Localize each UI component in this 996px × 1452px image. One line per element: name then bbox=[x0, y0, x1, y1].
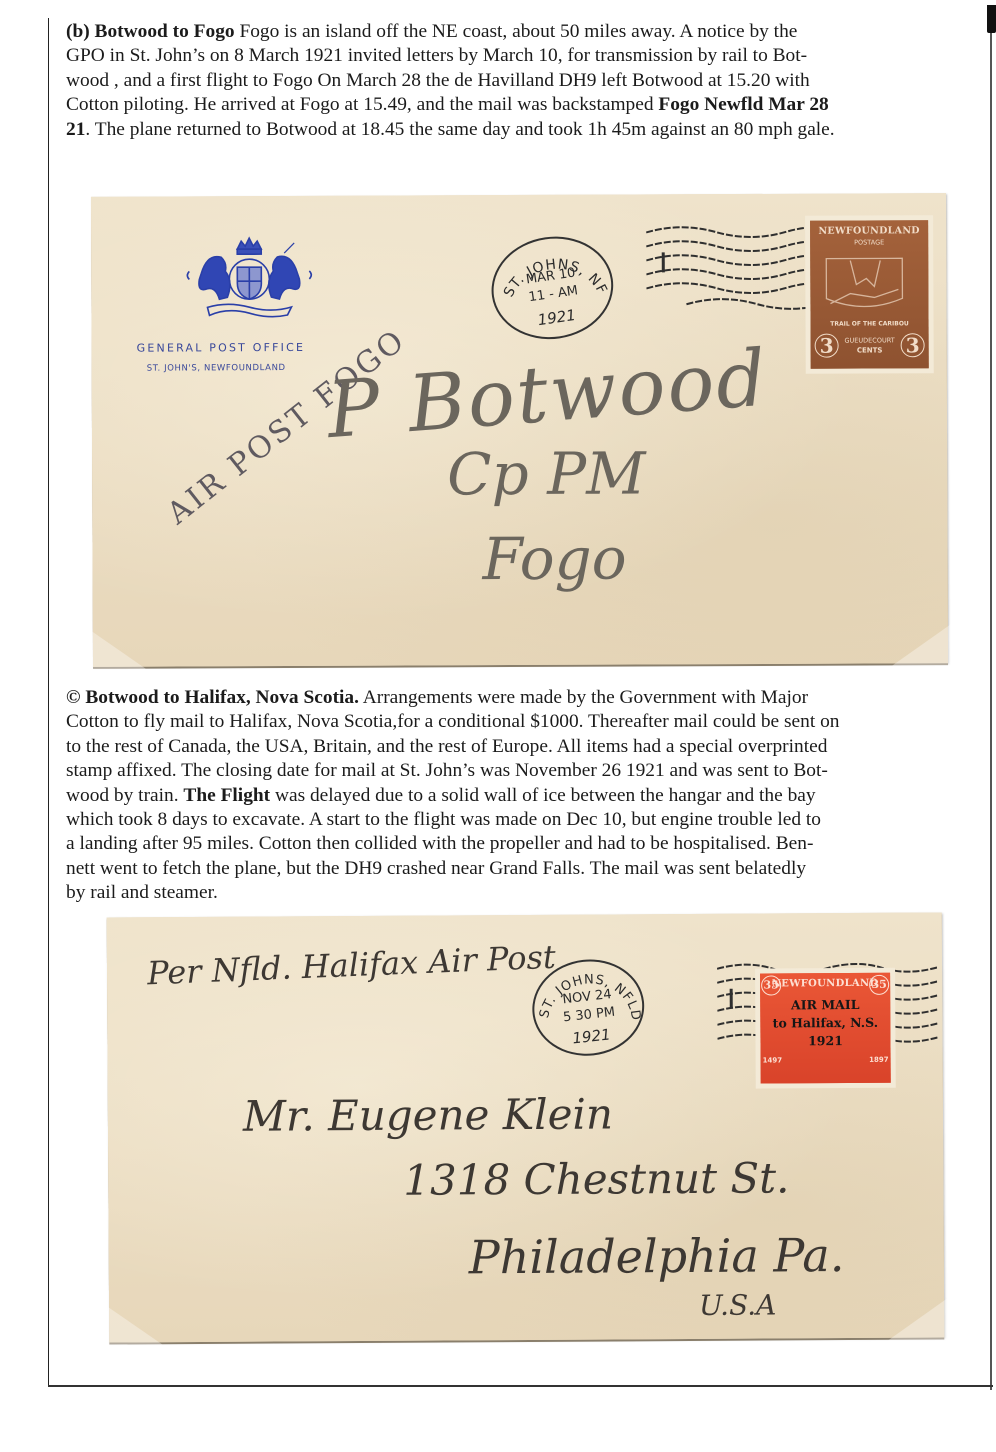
stamp-subtitle: POSTAGE bbox=[810, 238, 928, 247]
section-c-text-run: was delayed due to a solid wall of ice b… bbox=[270, 785, 815, 806]
overprint-line-2: to Halifax, N.S. bbox=[760, 1015, 890, 1031]
stamp-place: GUEUDECOURT bbox=[811, 336, 929, 345]
overprint-line-3: 1921 bbox=[760, 1033, 890, 1049]
section-b-line-2: GPO in St. John’s on 8 March 1921 invite… bbox=[66, 44, 981, 68]
section-c-text-run: wood by train. bbox=[66, 785, 183, 806]
stamp-value-left: 35 bbox=[761, 975, 781, 995]
section-b-text-run: Fogo is an island off the NE coast, abou… bbox=[235, 21, 798, 42]
mount-corner bbox=[87, 607, 157, 677]
stamp-3-cents-caribou: NEWFOUNDLAND POSTAGE TRAIL OF THE CARIBO… bbox=[805, 215, 934, 374]
cover-halifax-air-post: Per Nfld. Halifax Air Post ST. JOHNS, NF… bbox=[107, 912, 945, 1342]
section-b-line-3: wood , and a first flight to Fogo On Mar… bbox=[66, 69, 981, 93]
stamp-year-right: 1897 bbox=[869, 1056, 889, 1064]
section-c-line-1: © Botwood to Halifax, Nova Scotia. Arran… bbox=[66, 686, 981, 710]
route-note: Per Nfld. Halifax Air Post bbox=[146, 938, 556, 993]
stamp-design: NEWFOUNDLAND POSTAGE TRAIL OF THE CARIBO… bbox=[810, 220, 929, 369]
section-c-text: © Botwood to Halifax, Nova Scotia. Arran… bbox=[66, 686, 981, 906]
stamp-unit: CENTS bbox=[811, 346, 929, 355]
mount-corner bbox=[103, 1282, 173, 1352]
stamp-design: NEWFOUNDLAND 35 35 AIR MAIL to Halifax, … bbox=[760, 973, 891, 1084]
backstamp-text: Fogo Newfld Mar 28 bbox=[658, 94, 828, 115]
section-c-text-run: Arrangements were made by the Government… bbox=[359, 687, 808, 708]
section-b-text-run: . The plane returned to Botwood at 18.45… bbox=[85, 119, 834, 140]
section-c-line-3: to the rest of Canada, the USA, Britain,… bbox=[66, 735, 981, 759]
recipient-city: Philadelphia Pa. bbox=[469, 1228, 845, 1284]
section-b-heading: (b) Botwood to Fogo bbox=[66, 21, 235, 42]
backstamp-year: 21 bbox=[66, 119, 85, 140]
mount-corner bbox=[884, 601, 954, 671]
section-c-line-4: stamp affixed. The closing date for mail… bbox=[66, 759, 981, 783]
section-c-line-5: wood by train. The Flight was delayed du… bbox=[66, 784, 981, 808]
section-b-line-4: Cotton piloting. He arrived at Fogo at 1… bbox=[66, 93, 981, 117]
recipient-country: U.S.A bbox=[699, 1288, 776, 1321]
section-b-line-5: 21. The plane returned to Botwood at 18.… bbox=[66, 118, 981, 142]
stamp-35-cents-air-mail-overprint: NEWFOUNDLAND 35 35 AIR MAIL to Halifax, … bbox=[755, 968, 896, 1089]
section-c-line-6: which took 8 days to excavate. A start t… bbox=[66, 808, 981, 832]
letterhead-subtitle: ST. JOHN'S, NEWFOUNDLAND bbox=[147, 363, 286, 374]
caribou-emblem-icon bbox=[820, 248, 908, 310]
section-c-line-7: a landing after 95 miles. Cotton then co… bbox=[66, 832, 981, 856]
address-line-2: Cp PM bbox=[447, 439, 646, 508]
recipient-name: Mr. Eugene Klein bbox=[243, 1089, 613, 1140]
cover-botwood-fogo: GENERAL POST OFFICE ST. JOHN'S, NEWFOUND… bbox=[91, 193, 948, 667]
stamp-caption: TRAIL OF THE CARIBOU bbox=[811, 320, 929, 328]
royal-coat-of-arms-icon bbox=[179, 231, 319, 327]
page-frame-left bbox=[48, 18, 49, 1386]
the-flight-heading: The Flight bbox=[183, 785, 270, 806]
section-c-line-2: Cotton to fly mail to Halifax, Nova Scot… bbox=[66, 710, 981, 734]
mount-corner bbox=[880, 1275, 950, 1345]
stamp-country: NEWFOUNDLAND bbox=[810, 225, 928, 237]
section-b-line-1: (b) Botwood to Fogo Fogo is an island of… bbox=[66, 20, 981, 44]
section-c-line-8: nett went to fetch the plane, but the DH… bbox=[66, 857, 981, 881]
postmark-st-johns: ST. JOHNS, NFLD NOV 24 5 30 PM 1921 bbox=[527, 954, 649, 1062]
stamp-year-left: 1497 bbox=[763, 1056, 783, 1064]
recipient-street: 1318 Chestnut St. bbox=[403, 1153, 789, 1204]
section-c-line-9: by rail and steamer. bbox=[66, 881, 981, 905]
page-tab-marker bbox=[987, 5, 996, 33]
stamp-value-right: 35 bbox=[869, 975, 889, 995]
section-c-heading: © Botwood to Halifax, Nova Scotia. bbox=[66, 687, 359, 708]
section-b-text-run: Cotton piloting. He arrived at Fogo at 1… bbox=[66, 94, 658, 115]
page-frame-right bbox=[990, 5, 992, 1390]
letterhead-title: GENERAL POST OFFICE bbox=[137, 341, 306, 355]
overprint-line-1: AIR MAIL bbox=[760, 997, 890, 1013]
postmark-st-johns: ST. JOHNS, NFLD MAR 10 11 - AM 1921 bbox=[485, 229, 620, 347]
address-line-3: Fogo bbox=[482, 525, 626, 594]
section-b-text: (b) Botwood to Fogo Fogo is an island of… bbox=[66, 20, 981, 142]
page-frame-bottom bbox=[48, 1385, 993, 1387]
